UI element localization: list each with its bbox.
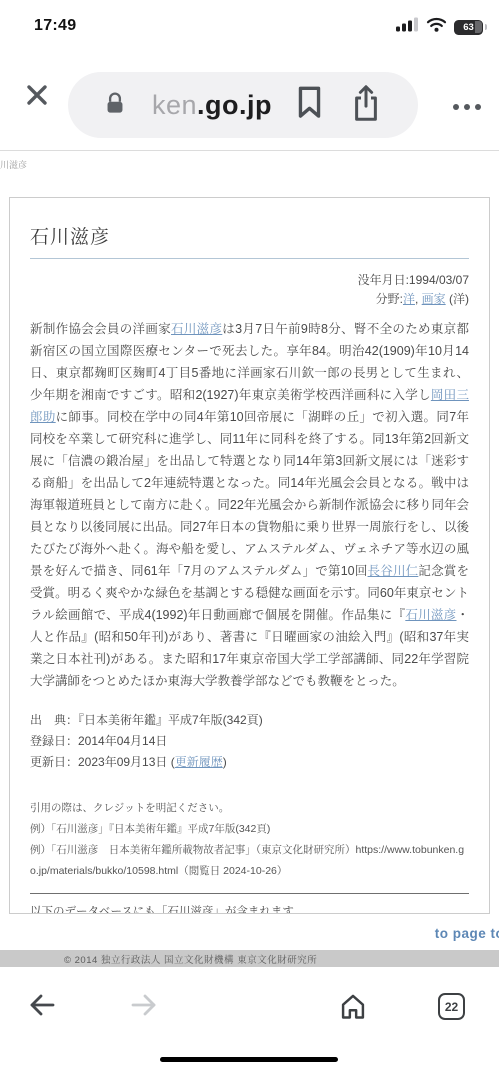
inline-link[interactable]: 石川滋彦 xyxy=(171,322,222,336)
share-icon[interactable] xyxy=(351,84,381,127)
site-footer: © 2014 独立行政法人 国立文化財機構 東京文化財研究所 xyxy=(0,950,499,967)
source-line: 出 典：『日本美術年鑑』平成7年版(342頁) xyxy=(30,710,469,731)
to-page-top-link[interactable]: to page top xyxy=(435,926,499,941)
inline-link[interactable]: 更新履歴 xyxy=(175,755,223,769)
section-divider xyxy=(30,893,469,894)
death-date: 没年月日:1994/03/07 xyxy=(30,271,469,290)
lock-icon xyxy=(106,92,124,119)
url-text: ken.go.jp xyxy=(152,90,272,121)
browser-toolbar: ken.go.jp xyxy=(0,50,499,151)
cellular-signal-icon xyxy=(396,17,419,37)
citation-example-2: 例）「石川滋彦 日本美術年鑑所載物故者記事」（東京文化財研究所）https://… xyxy=(30,840,469,882)
citation-note: 引用の際は、クレジットを明記ください。 例）「石川滋彦」『日本美術年鑑』平成7年… xyxy=(30,798,469,882)
tabs-button[interactable]: 22 xyxy=(438,993,465,1020)
article-card: 石川滋彦 没年月日:1994/03/07 分野:洋, 画家 (洋) 新制作協会会… xyxy=(9,197,490,914)
clock: 17:49 xyxy=(34,17,76,35)
bookmark-icon[interactable] xyxy=(294,85,325,125)
close-browser-button[interactable] xyxy=(24,82,50,108)
home-indicator[interactable] xyxy=(160,1057,338,1062)
forward-button[interactable] xyxy=(130,993,158,1022)
wifi-icon xyxy=(426,17,447,37)
field-line: 分野:洋, 画家 (洋) xyxy=(30,290,469,309)
databases-intro: 以下のデータベースにも「石川滋彦」が含まれます。 xyxy=(30,903,469,914)
tab-count: 22 xyxy=(445,1000,458,1014)
page-title: 石川滋彦 xyxy=(30,222,469,249)
updated-date: 更新日：2023年09月13日 (更新履歴) xyxy=(30,752,469,773)
related-databases: 以下のデータベースにも「石川滋彦」が含まれます。 ■美術界年史（彙報） 1940… xyxy=(30,903,469,914)
breadcrumb-fragment: 石川滋彦 xyxy=(0,158,27,171)
article-body: 新制作協会会員の洋画家石川滋彦は3月7日午前9時8分、腎不全のため東京都新宿区の… xyxy=(30,318,469,692)
source-block: 出 典：『日本美術年鑑』平成7年版(342頁) 登録日：2014年04月14日 … xyxy=(30,710,469,773)
article-meta: 没年月日:1994/03/07 分野:洋, 画家 (洋) xyxy=(30,271,469,309)
battery-icon: 63 xyxy=(454,20,483,35)
title-divider xyxy=(30,258,469,259)
citation-example-1: 例）「石川滋彦」『日本美術年鑑』平成7年版(342頁) xyxy=(30,819,469,840)
inline-link[interactable]: 長谷川仁 xyxy=(368,564,419,578)
registered-date: 登録日：2014年04月14日 xyxy=(30,731,469,752)
status-bar: 17:49 63 xyxy=(0,0,499,50)
more-options-icon[interactable] xyxy=(453,104,481,110)
copyright-text: © 2014 独立行政法人 国立文化財機構 東京文化財研究所 xyxy=(64,952,317,966)
url-bar[interactable]: ken.go.jp xyxy=(68,72,418,138)
browser-bottom-nav: 22 xyxy=(0,975,499,1080)
home-button[interactable] xyxy=(339,993,367,1026)
battery-percent: 63 xyxy=(463,22,474,33)
inline-link[interactable]: 石川滋彦 xyxy=(405,608,456,622)
back-button[interactable] xyxy=(28,993,56,1022)
inline-link[interactable]: 画家 xyxy=(422,292,446,306)
inline-link[interactable]: 洋 xyxy=(403,292,415,306)
citation-instruction: 引用の際は、クレジットを明記ください。 xyxy=(30,798,469,819)
